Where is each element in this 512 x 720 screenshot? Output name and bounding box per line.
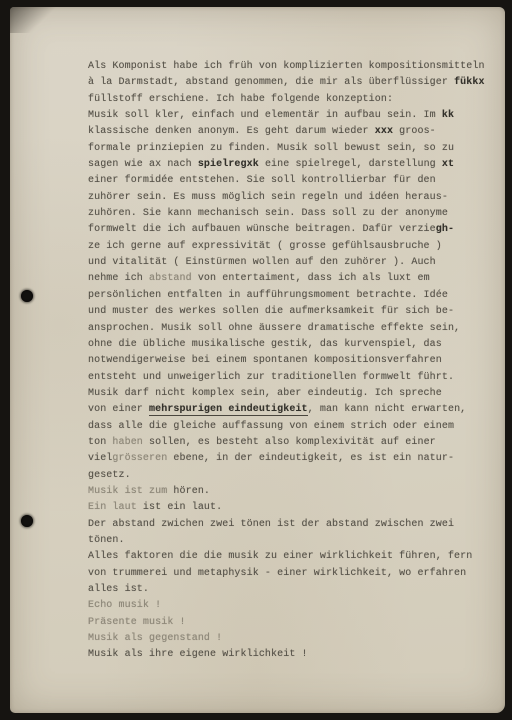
text-segment: klassische denken anonym. Es geht darum … bbox=[88, 126, 375, 137]
text-segment: und muster des werkes sollen die aufmerk… bbox=[88, 306, 454, 317]
text-line: notwendigerweise bei einem spontanen kom… bbox=[88, 353, 477, 369]
text-segment: formale prinziepien zu finden. Musik sol… bbox=[88, 143, 454, 154]
text-segment: ohne die übliche musikalische gestik, da… bbox=[88, 339, 442, 350]
text-line: Musik soll kler, einfach und elementär i… bbox=[88, 108, 477, 124]
text-line: von einer mehrspurigen eindeutigkeit, ma… bbox=[88, 402, 477, 418]
text-line: und muster des werkes sollen die aufmerk… bbox=[88, 304, 477, 320]
text-line: à la Darmstadt, abstand genommen, die mi… bbox=[88, 75, 477, 91]
paper-sheet: Als Komponist habe ich früh von komplizi… bbox=[10, 7, 505, 713]
text-segment: tönen. bbox=[88, 535, 125, 546]
text-line: einer formidée entstehen. Sie soll kontr… bbox=[88, 173, 477, 189]
text-line: zuhören. Sie kann mechanisch sein. Dass … bbox=[88, 206, 477, 222]
text-segment: ze ich gerne auf expressivität ( grosse … bbox=[88, 241, 442, 252]
text-segment: grösseren bbox=[112, 453, 167, 464]
text-segment: ebene, in der eindeutigkeit, es ist ein … bbox=[167, 453, 454, 464]
text-segment: formwelt die ich aufbauen wünsche beitra… bbox=[88, 224, 436, 235]
text-segment: Musik ist zum bbox=[88, 486, 173, 497]
text-segment: Musik als ihre eigene wirklichkeit ! bbox=[88, 649, 308, 660]
typewritten-text: Als Komponist habe ich früh von komplizi… bbox=[88, 59, 477, 664]
text-segment: groos- bbox=[393, 126, 436, 137]
text-segment: fükkx bbox=[454, 77, 485, 88]
text-segment: abstand bbox=[149, 273, 192, 284]
text-line: nehme ich abstand von entertaiment, dass… bbox=[88, 271, 477, 287]
text-segment: ist ein laut. bbox=[137, 502, 222, 513]
text-segment: Musik soll kler, einfach und elementär i… bbox=[88, 110, 442, 121]
text-segment: Der abstand zwichen zwei tönen ist der a… bbox=[88, 519, 454, 530]
text-segment: entsteht und unweigerlich zur traditione… bbox=[88, 372, 454, 383]
text-segment: spielregxk bbox=[198, 159, 259, 170]
text-segment: à la Darmstadt, abstand genommen, die mi… bbox=[88, 77, 454, 88]
text-line: ohne die übliche musikalische gestik, da… bbox=[88, 337, 477, 353]
text-segment: Echo musik ! bbox=[88, 600, 161, 611]
text-segment: füllstoff erschiene. Ich habe folgende k… bbox=[88, 94, 393, 105]
text-line: gesetz. bbox=[88, 468, 477, 484]
text-segment: von trummerei und metaphysik - einer wir… bbox=[88, 568, 466, 579]
text-segment: einer formidée entstehen. Sie soll kontr… bbox=[88, 175, 436, 186]
text-segment: Alles faktoren die die musik zu einer wi… bbox=[88, 551, 472, 562]
text-segment: Präsente musik ! bbox=[88, 617, 186, 628]
hole-punch-top bbox=[21, 290, 33, 302]
text-line: formwelt die ich aufbauen wünsche beitra… bbox=[88, 222, 477, 238]
text-segment: kk bbox=[442, 110, 454, 121]
text-line: von trummerei und metaphysik - einer wir… bbox=[88, 566, 477, 582]
text-line: Alles faktoren die die musik zu einer wi… bbox=[88, 549, 477, 565]
text-segment: gesetz. bbox=[88, 470, 131, 481]
text-line: alles ist. bbox=[88, 582, 477, 598]
text-segment: hören. bbox=[173, 486, 210, 497]
text-segment: Musik darf nicht komplex sein, aber eind… bbox=[88, 388, 442, 399]
text-line: Musik ist zum hören. bbox=[88, 484, 477, 500]
text-line: sagen wie ax nach spielregxk eine spielr… bbox=[88, 157, 477, 173]
text-line: Echo musik ! bbox=[88, 598, 477, 614]
text-line: Ein laut ist ein laut. bbox=[88, 500, 477, 516]
text-segment: notwendigerweise bei einem spontanen kom… bbox=[88, 355, 442, 366]
text-line: formale prinziepien zu finden. Musik sol… bbox=[88, 141, 477, 157]
text-segment: ton bbox=[88, 437, 112, 448]
text-line: ansprochen. Musik soll ohne äussere dram… bbox=[88, 321, 477, 337]
text-segment: sagen wie ax nach bbox=[88, 159, 198, 170]
text-line: ze ich gerne auf expressivität ( grosse … bbox=[88, 239, 477, 255]
text-segment: Musik als gegenstand ! bbox=[88, 633, 222, 644]
scanned-page: Als Komponist habe ich früh von komplizi… bbox=[0, 0, 512, 720]
text-segment: zuhörer sein. Es muss möglich sein regel… bbox=[88, 192, 448, 203]
text-line: füllstoff erschiene. Ich habe folgende k… bbox=[88, 92, 477, 108]
text-line: Präsente musik ! bbox=[88, 615, 477, 631]
text-segment: xxx bbox=[375, 126, 393, 137]
hole-punch-bottom bbox=[21, 515, 33, 527]
text-segment: Als Komponist habe ich früh von komplizi… bbox=[88, 61, 485, 72]
text-line: entsteht und unweigerlich zur traditione… bbox=[88, 370, 477, 386]
text-segment: alles ist. bbox=[88, 584, 149, 595]
text-segment: dass alle die gleiche auffassung von ein… bbox=[88, 421, 454, 432]
text-segment: ansprochen. Musik soll ohne äussere dram… bbox=[88, 323, 460, 334]
text-segment: xt bbox=[442, 159, 454, 170]
text-segment: mehrspurigen eindeutigkeit bbox=[149, 404, 308, 416]
text-segment: von entertaiment, dass ich als luxt em bbox=[192, 273, 430, 284]
text-segment: sollen, es besteht also komplexivität au… bbox=[143, 437, 436, 448]
paper-corner-shadow bbox=[10, 7, 56, 33]
text-line: klassische denken anonym. Es geht darum … bbox=[88, 124, 477, 140]
text-segment: Ein laut bbox=[88, 502, 137, 513]
text-line: Der abstand zwichen zwei tönen ist der a… bbox=[88, 517, 477, 533]
text-line: Musik darf nicht komplex sein, aber eind… bbox=[88, 386, 477, 402]
text-segment: , man kann nicht erwarten, bbox=[308, 404, 467, 415]
text-segment: gh- bbox=[436, 224, 454, 235]
text-segment: nehme ich bbox=[88, 273, 149, 284]
text-line: persönlichen entfalten in aufführungsmom… bbox=[88, 288, 477, 304]
text-line: ton haben sollen, es besteht also komple… bbox=[88, 435, 477, 451]
text-line: Musik als gegenstand ! bbox=[88, 631, 477, 647]
text-segment: und vitalität ( Einstürmen wollen auf de… bbox=[88, 257, 436, 268]
text-segment: zuhören. Sie kann mechanisch sein. Dass … bbox=[88, 208, 448, 219]
text-line: tönen. bbox=[88, 533, 477, 549]
text-line: dass alle die gleiche auffassung von ein… bbox=[88, 419, 477, 435]
text-segment: eine spielregel, darstellung bbox=[259, 159, 442, 170]
text-line: vielgrösseren ebene, in der eindeutigkei… bbox=[88, 451, 477, 467]
text-line: Musik als ihre eigene wirklichkeit ! bbox=[88, 647, 477, 663]
text-segment: von einer bbox=[88, 404, 149, 415]
text-segment: haben bbox=[112, 437, 143, 448]
text-line: und vitalität ( Einstürmen wollen auf de… bbox=[88, 255, 477, 271]
text-segment: viel bbox=[88, 453, 112, 464]
text-segment: persönlichen entfalten in aufführungsmom… bbox=[88, 290, 448, 301]
text-line: zuhörer sein. Es muss möglich sein regel… bbox=[88, 190, 477, 206]
text-line: Als Komponist habe ich früh von komplizi… bbox=[88, 59, 477, 75]
